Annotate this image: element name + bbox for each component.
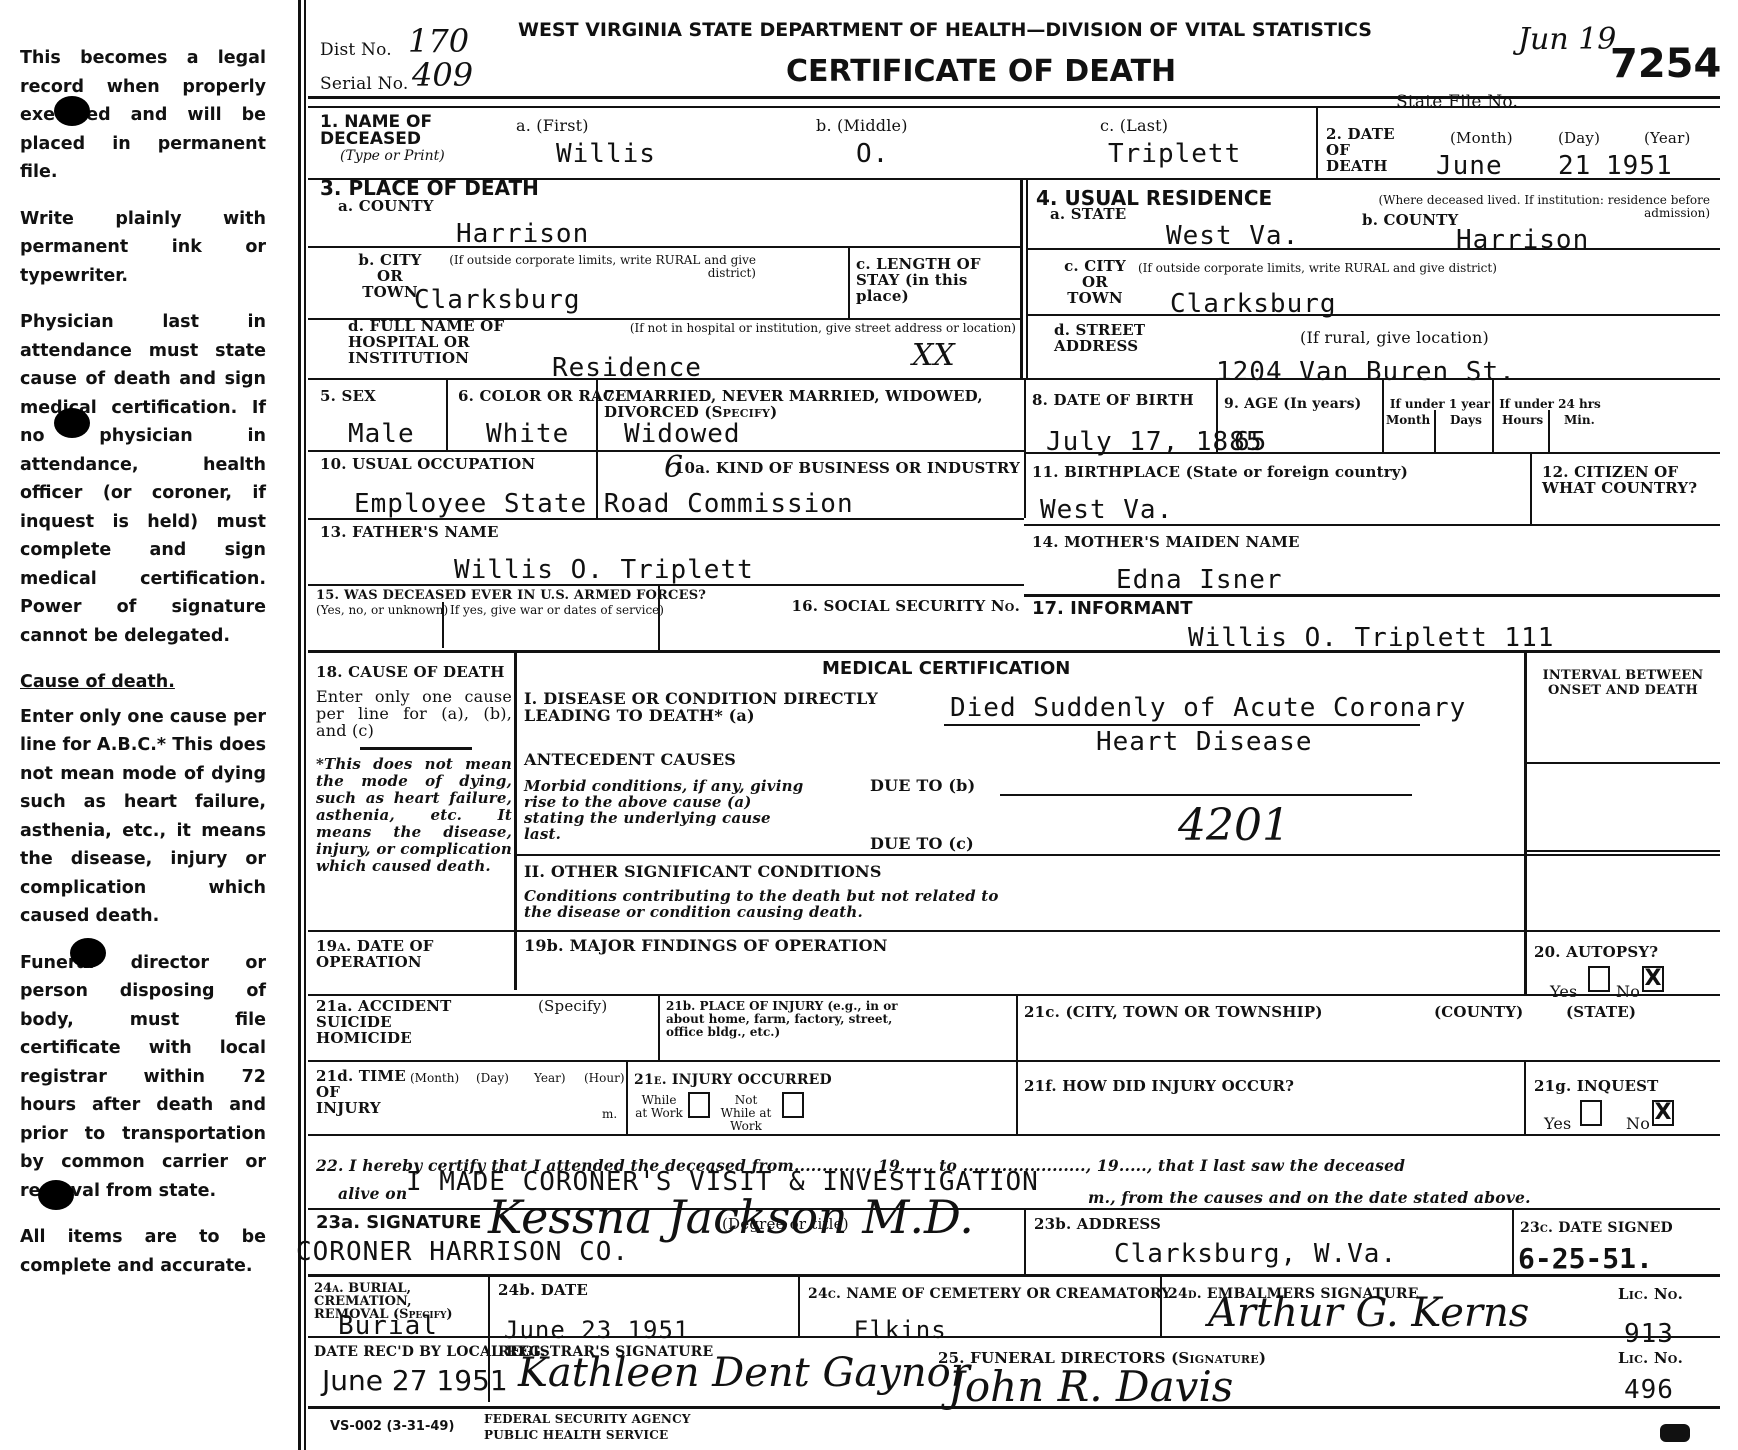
certifier-address-value[interactable]: Clarksburg, W.Va. [1114,1240,1397,1268]
form-left-border [298,0,301,1450]
certifier-address-label: 23b. ADDRESS [1034,1216,1161,1232]
row-rule [308,518,1024,520]
disease-condition-label: I. DISEASE OR CONDITION DIRECTLY LEADING… [524,690,904,724]
agency-header: WEST VIRGINIA STATE DEPARTMENT OF HEALTH… [518,22,1372,39]
injury-county-label: (COUNTY) [1434,1004,1523,1020]
funeral-director-signature[interactable]: John R. Davis [948,1362,1233,1411]
last-name-value[interactable]: Triplett [1108,140,1241,168]
divider [1160,1274,1162,1336]
rule [514,854,1720,856]
death-month-label: (Month) [1450,130,1513,146]
row-rule [1024,594,1720,597]
cause-a-line-1[interactable]: Died Suddenly of Acute Coronary [950,694,1466,722]
marital-label: 7. MARRIED, NEVER MARRIED, WIDOWED, DIVO… [604,388,1024,420]
autopsy-yes-label: Yes [1550,984,1577,1000]
not-while-at-work-checkbox[interactable] [782,1092,804,1118]
serial-no-value[interactable]: 409 [412,56,473,94]
certify-alive-on-label: alive on [338,1186,407,1202]
divider [1024,378,1026,518]
embalmer-license-label: Lic. No. [1618,1286,1683,1302]
director-license-value[interactable]: 496 [1624,1376,1674,1404]
first-name-label: a. (First) [516,118,589,134]
name-label: 1. NAME OF DECEASED [320,114,490,148]
residence-street-label: d. STREET ADDRESS [1054,322,1164,354]
injury-year-label: Year) [534,1072,566,1085]
other-conditions-label: II. OTHER SIGNIFICANT CONDITIONS [524,864,882,880]
certificate-title: CERTIFICATE OF DEATH [786,56,1176,88]
injury-location-label: 21c. (CITY, TOWN OR TOWNSHIP) [1024,1004,1323,1020]
autopsy-no-label: No [1616,984,1640,1000]
signature-label: 23a. SIGNATURE [316,1214,481,1231]
inquest-label: 21g. INQUEST [1534,1078,1659,1094]
burial-date-value[interactable]: June 23 1951 [504,1316,689,1344]
date-of-birth-label: 8. DATE OF BIRTH [1032,392,1194,408]
race-label: 6. COLOR OR RACE [458,388,627,404]
under-one-year-label: If under 1 year [1386,398,1494,411]
residence-street-value[interactable]: 1204 Van Buren St. [1216,358,1516,386]
autopsy-yes-checkbox[interactable] [1588,966,1610,992]
header-rule [308,106,1720,108]
federal-agency-line-1: FEDERAL SECURITY AGENCY [484,1412,691,1426]
death-city-value[interactable]: Clarksburg [414,286,581,314]
death-county-label: a. COUNTY [338,198,434,214]
form-left-border-inner [304,0,306,1450]
how-injury-occurred-label: 21f. HOW DID INJURY OCCUR? [1024,1078,1294,1094]
inquest-no-label: No [1626,1116,1650,1132]
antecedent-note: Morbid conditions, if any, giving rise t… [524,778,810,842]
divider [1024,1208,1026,1274]
row-rule [308,930,1720,932]
sex-label: 5. SEX [320,388,376,404]
dist-no-value[interactable]: 170 [408,22,469,60]
injury-month-label: (Month) [410,1072,459,1085]
cause-a-line-2[interactable]: Heart Disease [1096,728,1313,756]
inquest-no-checkbox[interactable]: X [1652,1100,1674,1126]
social-security-label: 16. SOCIAL SECURITY No. [666,598,1020,614]
informant-value[interactable]: Willis O. Triplett 111 [1188,624,1554,652]
instruction-physician: Physician last in attendance must state … [20,308,266,650]
time-of-injury-label: 21d. TIME OF INJURY [316,1068,406,1116]
row-rule [308,994,1720,996]
not-while-at-work-label: Not While at Work [716,1094,776,1133]
embalmer-signature[interactable]: Arthur G. Kerns [1208,1290,1529,1336]
while-at-work-label: While at Work [634,1094,684,1120]
rule [1000,794,1412,796]
while-at-work-checkbox[interactable] [688,1092,710,1118]
date-of-death-label: 2. DATE OF DEATH [1326,126,1416,174]
operation-findings-label: 19b. MAJOR FINDINGS OF OPERATION [524,938,888,954]
instruction-complete: All items are to be complete and accurat… [20,1223,266,1280]
injury-m-label: m. [602,1108,617,1121]
divider [442,602,444,648]
row-rule [1026,314,1720,316]
medical-certification-title: MEDICAL CERTIFICATION [822,660,1070,677]
place-of-injury-label: 21b. PLACE OF INJURY (e.g., in or about … [666,1000,920,1039]
accident-type-label: 21a. ACCIDENT SUICIDE HOMICIDE [316,998,456,1046]
length-of-stay-label: c. LENGTH OF STAY (in this place) [856,256,1020,304]
residence-state-label: a. STATE [1050,206,1126,222]
header-rule [308,96,1720,99]
under-24-hours-label: If under 24 hrs [1494,398,1606,411]
instruction-cause-heading: Cause of death. [20,668,266,697]
state-file-value[interactable]: 7254 [1610,44,1721,84]
injury-occurred-label: 21e. INJURY OCCURRED [634,1072,832,1088]
row-rule [308,378,1720,380]
divider [1382,378,1384,452]
state-file-annotation: Jun 19 [1518,22,1616,57]
divider [1434,410,1436,452]
form-number: VS-002 (3-31-49) [330,1418,454,1435]
residence-city-label: c. CITY OR TOWN [1060,258,1130,306]
divider [1548,410,1550,452]
cause-code: 4201 [1178,800,1290,851]
stamp-mark-icon [1660,1424,1690,1442]
father-name-value[interactable]: Willis O. Triplett [454,556,754,584]
race-value[interactable]: White [486,420,569,448]
divider [848,246,850,318]
interval-label: INTERVAL BETWEEN ONSET AND DEATH [1530,668,1716,698]
death-day-value[interactable]: 21 [1558,152,1591,180]
cause-footnote: *This does not mean the mode of dying, s… [316,756,512,875]
inquest-yes-checkbox[interactable] [1580,1100,1602,1126]
ink-blot [54,96,90,126]
row-rule [308,584,1024,586]
divider [1524,650,1527,996]
federal-agency-line-2: PUBLIC HEALTH SERVICE [484,1428,668,1442]
divider [1020,178,1023,378]
row-rule [308,246,1020,248]
middle-name-label: b. (Middle) [816,118,908,134]
cause-of-death-label: 18. CAUSE OF DEATH [316,664,516,680]
injury-state-label: (STATE) [1566,1004,1636,1020]
mother-maiden-name-label: 14. MOTHER'S MAIDEN NAME [1032,534,1300,550]
embalmer-license-value[interactable]: 913 [1624,1320,1674,1348]
name-sublabel: (Type or Print) [340,150,445,163]
row-rule [308,1406,1720,1409]
residence-state-value[interactable]: West Va. [1166,222,1299,250]
occupation-label: 10. USUAL OCCUPATION [320,456,535,472]
row-rule [1024,524,1720,526]
director-license-label: Lic. No. [1618,1350,1683,1366]
divider [1316,106,1318,178]
ink-blot [54,408,90,438]
divider [1530,452,1532,524]
minutes-label: Min. [1564,414,1595,427]
due-to-b-label: DUE TO (b) [870,778,975,794]
instruction-write-plainly: Write plainly with permanent ink or type… [20,205,266,291]
autopsy-label: 20. AUTOPSY? [1534,944,1658,960]
armed-forces-label: 15. WAS DECEASED EVER IN U.S. ARMED FORC… [316,588,706,604]
rule [944,724,1420,726]
injury-day-label: (Day) [476,1072,509,1085]
instruction-cause-body: Enter only one cause per line for A.B.C.… [20,703,266,931]
divider [658,994,660,1060]
divider [626,1060,628,1134]
death-county-value[interactable]: Harrison [456,220,589,248]
residence-city-note: (If outside corporate limits, write RURA… [1138,262,1497,275]
business-label: 10a. KIND OF BUSINESS OR INDUSTRY [608,460,1020,476]
occupation-value[interactable]: Employee State Road Commission [354,490,854,518]
row-rule [308,1134,1720,1136]
row-rule [308,1336,1720,1338]
burial-date-label: 24b. DATE [498,1282,588,1298]
row-rule [308,650,1720,653]
rule [360,747,472,750]
hours-label: Hours [1502,414,1543,427]
age-label: 9. AGE (In years) [1224,396,1361,412]
residence-county-label: b. COUNTY [1362,212,1458,228]
divider [1492,378,1494,452]
marital-value[interactable]: Widowed [624,420,741,448]
due-to-c-label: DUE TO (c) [870,836,974,852]
armed-forces-sublabel-2: If yes, give war or dates of service) [450,604,664,617]
sex-value[interactable]: Male [348,420,415,448]
other-conditions-note: Conditions contributing to the death but… [524,888,1024,920]
physician-signature[interactable]: Kessna Jackson M.D. [488,1190,974,1244]
death-certificate-form: WEST VIRGINIA STATE DEPARTMENT OF HEALTH… [308,0,1718,1450]
middle-name-value[interactable]: O. [856,140,889,168]
last-name-label: c. (Last) [1100,118,1168,134]
divider [446,378,448,450]
date-received-value[interactable]: June 27 1951 [322,1366,508,1396]
hospital-note: (If not in hospital or institution, give… [544,322,1016,335]
cemetery-value[interactable]: Elkins [854,1316,947,1344]
citizenship-label: 12. CITIZEN OF WHAT COUNTRY? [1542,464,1712,496]
certify-statement-line-2: m., from the causes and on the date stat… [1088,1190,1531,1206]
cemetery-label: 24c. NAME OF CEMETERY OR CREAMATORY [808,1286,1171,1302]
rule [1524,850,1720,852]
row-rule [308,1274,1720,1277]
rule [1524,762,1720,764]
row-rule [1024,452,1720,454]
cause-instructions: Enter only one cause per line for (a), (… [316,688,512,739]
ink-blot [38,1180,74,1210]
row-rule [1026,248,1720,250]
date-signed-value[interactable]: 6-25-51. [1518,1244,1653,1274]
injury-hour-label: (Hour) [584,1072,625,1085]
operation-date-label: 19a. DATE OF OPERATION [316,938,506,970]
serial-no-label: Serial No. [320,76,408,92]
death-month-value[interactable]: June [1436,152,1503,180]
hospital-label: d. FULL NAME OF HOSPITAL OR INSTITUTION [348,318,538,366]
death-city-note: (If outside corporate limits, write RURA… [426,254,756,280]
divider [1216,378,1218,452]
divider [798,1274,800,1336]
divider [1016,994,1018,1134]
armed-forces-sublabel-1: (Yes, no, or unknown) [316,604,448,617]
registrar-signature[interactable]: Kathleen Dent Gaynor [518,1350,970,1396]
birthplace-value[interactable]: West Va. [1040,496,1173,524]
specify-label: (Specify) [538,998,607,1014]
instruction-funeral-director: Funeral director or person disposing of … [20,949,266,1206]
divider [1512,1208,1514,1274]
divider [514,650,517,990]
father-name-label: 13. FATHER'S NAME [320,524,499,540]
ink-blot [70,938,106,968]
divider [658,584,660,650]
instructions-column: This becomes a legal record when properl… [20,44,266,1298]
date-signed-label: 23c. DATE SIGNED [1520,1220,1673,1236]
divider [1026,178,1028,378]
first-name-value[interactable]: Willis [556,140,656,168]
divider [1524,1060,1526,1134]
residence-street-note: (If rural, give location) [1300,330,1489,346]
place-of-death-label: 3. PLACE OF DEATH [320,180,539,197]
row-rule [308,1060,1720,1062]
inquest-yes-label: Yes [1544,1116,1571,1132]
death-year-value[interactable]: 1951 [1606,152,1673,180]
antecedent-causes-label: ANTECEDENT CAUSES [524,752,736,768]
mother-maiden-name-value[interactable]: Edna Isner [1116,566,1283,594]
death-year-label: (Year) [1644,130,1691,146]
birthplace-label: 11. BIRTHPLACE (State or foreign country… [1032,464,1408,480]
death-day-label: (Day) [1558,130,1600,146]
informant-label: 17. INFORMANT [1032,600,1193,617]
days-label: Days [1450,414,1482,427]
hospital-mark: XX [912,338,955,373]
dist-no-label: Dist No. [320,42,392,58]
autopsy-no-checkbox[interactable]: X [1642,966,1664,992]
months-label: Month [1386,414,1430,427]
